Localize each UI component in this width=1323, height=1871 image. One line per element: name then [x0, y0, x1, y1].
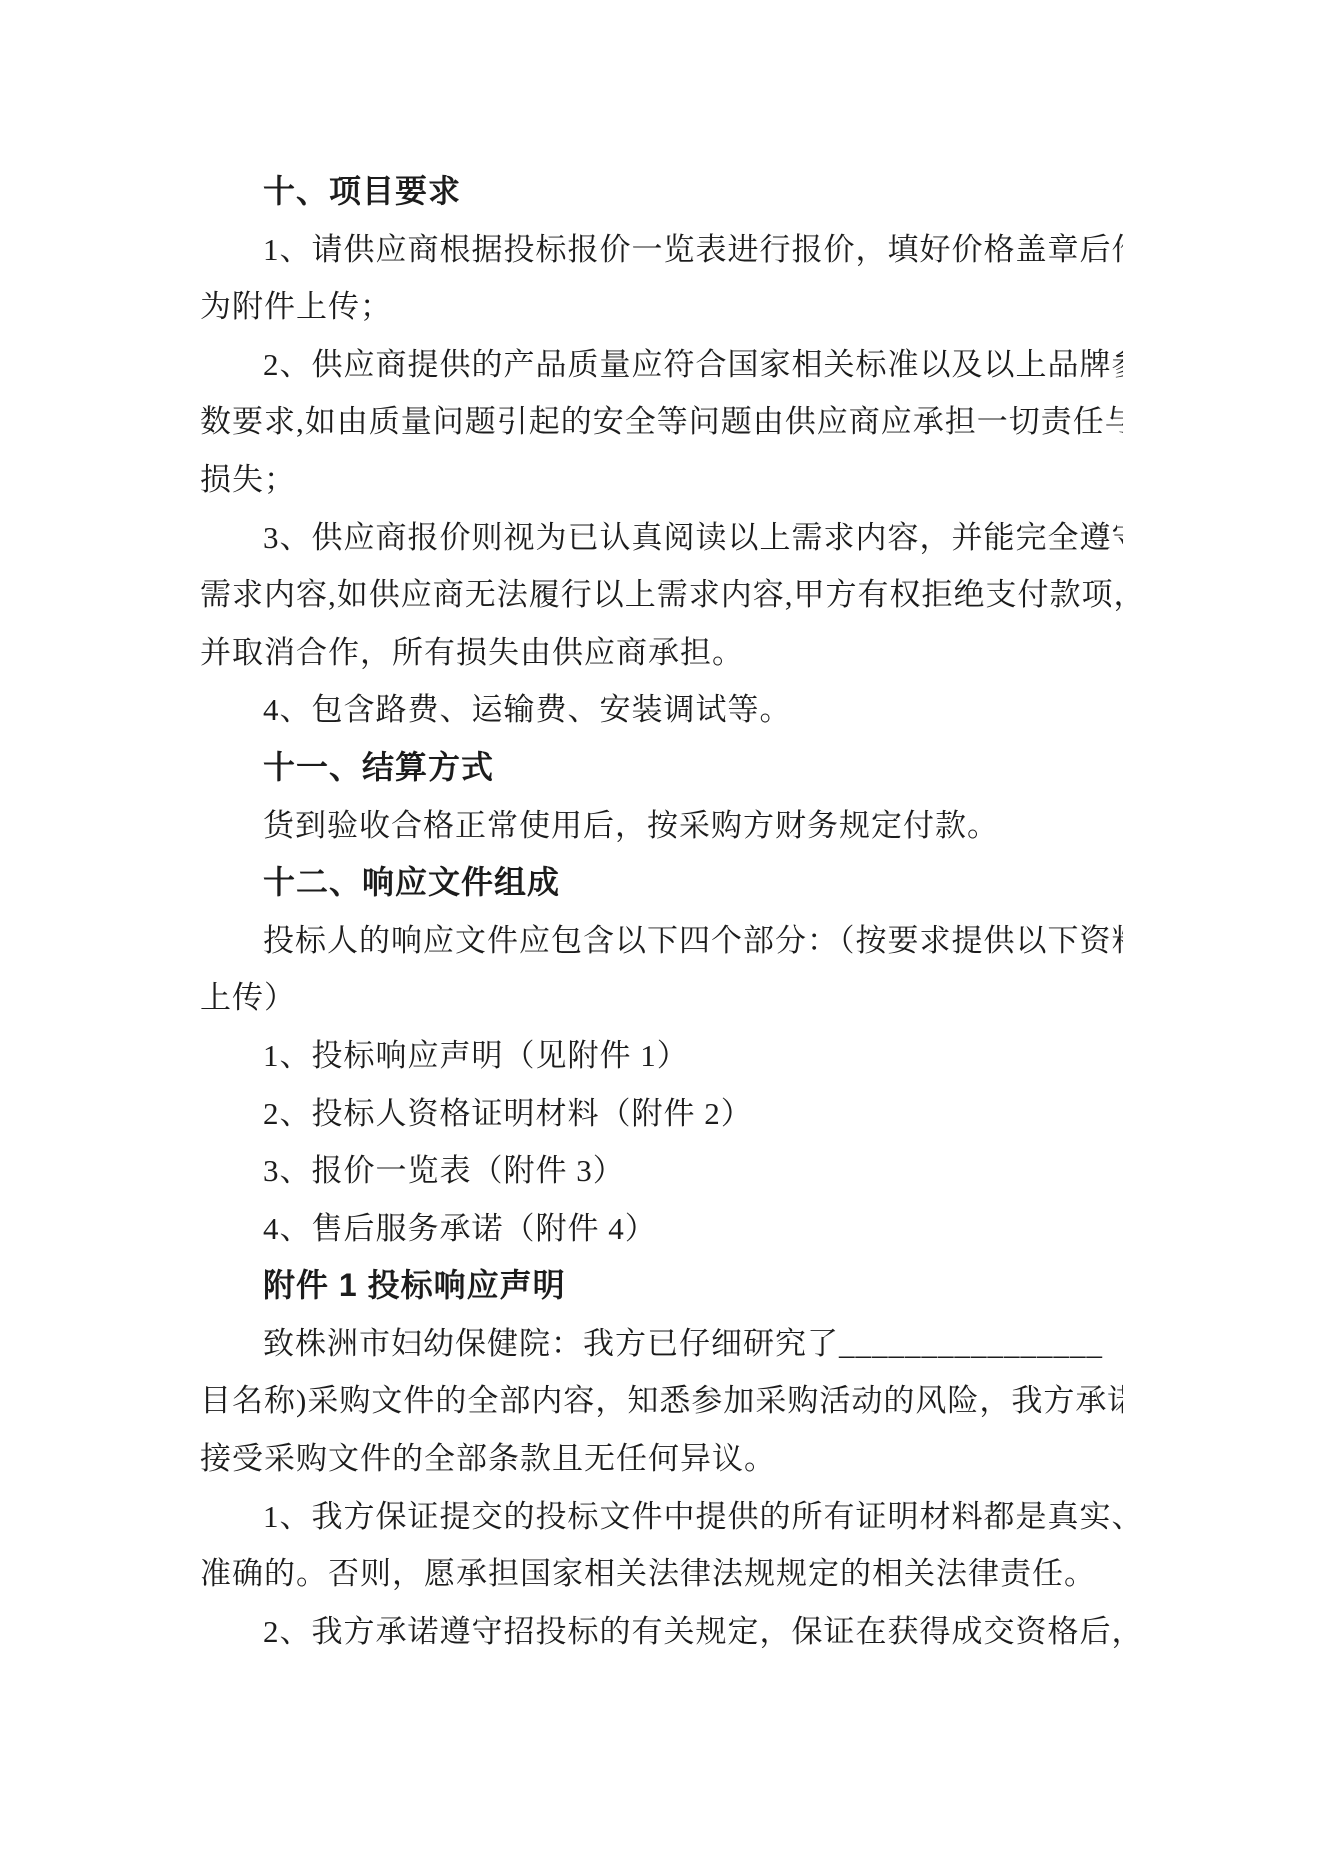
text-line: 3、供应商报价则视为已认真阅读以上需求内容，并能完全遵守: [200, 509, 1123, 567]
text-line: 准确的。否则，愿承担国家相关法律法规规定的相关法律责任。: [200, 1545, 1123, 1603]
text-line: 接受采购文件的全部条款且无任何异议。: [200, 1430, 1123, 1488]
text-line: 目名称)采购文件的全部内容，知悉参加采购活动的风险，我方承诺: [200, 1372, 1123, 1430]
text-line: 致株洲市妇幼保健院：我方已仔细研究了________________（项: [200, 1315, 1123, 1373]
section-heading: 十二、响应文件组成: [200, 854, 1123, 912]
text-line: 需求内容,如供应商无法履行以上需求内容,甲方有权拒绝支付款项，: [200, 566, 1123, 624]
text-line: 4、售后服务承诺（附件 4）: [200, 1200, 1123, 1258]
section-heading: 十一、结算方式: [200, 739, 1123, 797]
text-line: 上传）: [200, 969, 1123, 1027]
section-heading: 十、项目要求: [200, 163, 1123, 221]
text-line: 1、我方保证提交的投标文件中提供的所有证明材料都是真实、: [200, 1488, 1123, 1546]
text-line: 数要求,如由质量问题引起的安全等问题由供应商应承担一切责任与: [200, 393, 1123, 451]
text-line: 并取消合作，所有损失由供应商承担。: [200, 624, 1123, 682]
text-line: 为附件上传；: [200, 278, 1123, 336]
text-line: 投标人的响应文件应包含以下四个部分：（按要求提供以下资料: [200, 912, 1123, 970]
text-line: 1、投标响应声明（见附件 1）: [200, 1027, 1123, 1085]
text-line: 货到验收合格正常使用后，按采购方财务规定付款。: [200, 797, 1123, 855]
text-line: 3、报价一览表（附件 3）: [200, 1142, 1123, 1200]
text-line: 2、我方承诺遵守招投标的有关规定，保证在获得成交资格后，: [200, 1603, 1123, 1661]
text-line: 1、请供应商根据投标报价一览表进行报价，填好价格盖章后作: [200, 221, 1123, 279]
section-heading: 附件 1 投标响应声明: [200, 1257, 1123, 1315]
text-line: 2、供应商提供的产品质量应符合国家相关标准以及以上品牌参: [200, 336, 1123, 394]
document-body: 十、项目要求1、请供应商根据投标报价一览表进行报价，填好价格盖章后作为附件上传；…: [200, 163, 1123, 1660]
text-line: 2、投标人资格证明材料（附件 2）: [200, 1085, 1123, 1143]
text-line: 4、包含路费、运输费、安装调试等。: [200, 681, 1123, 739]
text-line: 损失；: [200, 451, 1123, 509]
document-page: 十、项目要求1、请供应商根据投标报价一览表进行报价，填好价格盖章后作为附件上传；…: [0, 0, 1323, 1871]
